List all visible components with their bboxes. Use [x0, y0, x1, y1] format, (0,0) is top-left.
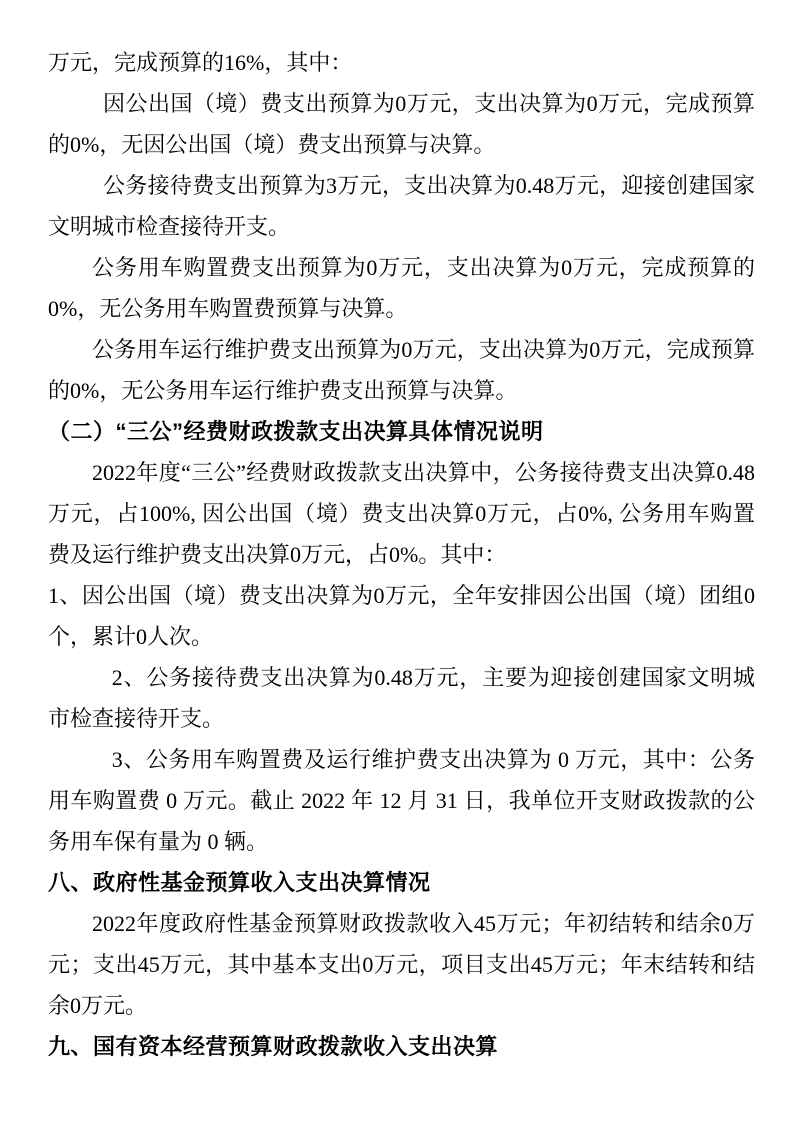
section-heading-state-capital-budget: 九、国有资本经营预算财政拨款收入支出决算 — [48, 1026, 755, 1067]
document-page: 万元，完成预算的16%，其中： 因公出国（境）费支出预算为0万元，支出决算为0万… — [0, 0, 793, 1122]
body-paragraph-item-3-official-vehicles: 3、公务用车购置费及运行维护费支出决算为 0 万元，其中：公务用车购置费 0 万… — [48, 739, 755, 862]
body-paragraph-vehicle-purchase-budget: 公务用车购置费支出预算为0万元，支出决算为0万元，完成预算的0%，无公务用车购置… — [48, 247, 755, 329]
body-paragraph-official-reception-budget: 公务接待费支出预算为3万元，支出决算为0.48万元，迎接创建国家文明城市检查接待… — [48, 165, 755, 247]
body-paragraph-overseas-travel-budget: 因公出国（境）费支出预算为0万元，支出决算为0万元，完成预算的0%，无因公出国（… — [48, 83, 755, 165]
body-paragraph-government-fund-figures: 2022年度政府性基金预算财政拨款收入45万元；年初结转和结余0万元；支出45万… — [48, 903, 755, 1026]
body-paragraph-item-2-official-reception: 2、公务接待费支出决算为0.48万元，主要为迎接创建国家文明城市检查接待开支。 — [48, 657, 755, 739]
body-paragraph-vehicle-maintenance-budget: 公务用车运行维护费支出预算为0万元，支出决算为0万元，完成预算的0%，无公务用车… — [48, 329, 755, 411]
body-paragraph-continuation: 万元，完成预算的16%，其中： — [48, 42, 755, 83]
section-heading-three-public-expenses-detail: （二）“三公”经费财政拨款支出决算具体情况说明 — [48, 411, 755, 452]
section-heading-government-fund-budget: 八、政府性基金预算收入支出决算情况 — [48, 862, 755, 903]
body-paragraph-three-public-summary: 2022年度“三公”经费财政拨款支出决算中，公务接待费支出决算0.48万元，占1… — [48, 452, 755, 575]
body-paragraph-item-1-overseas-travel: 1、因公出国（境）费支出决算为0万元，全年安排因公出国（境）团组0个，累计0人次… — [48, 575, 755, 657]
